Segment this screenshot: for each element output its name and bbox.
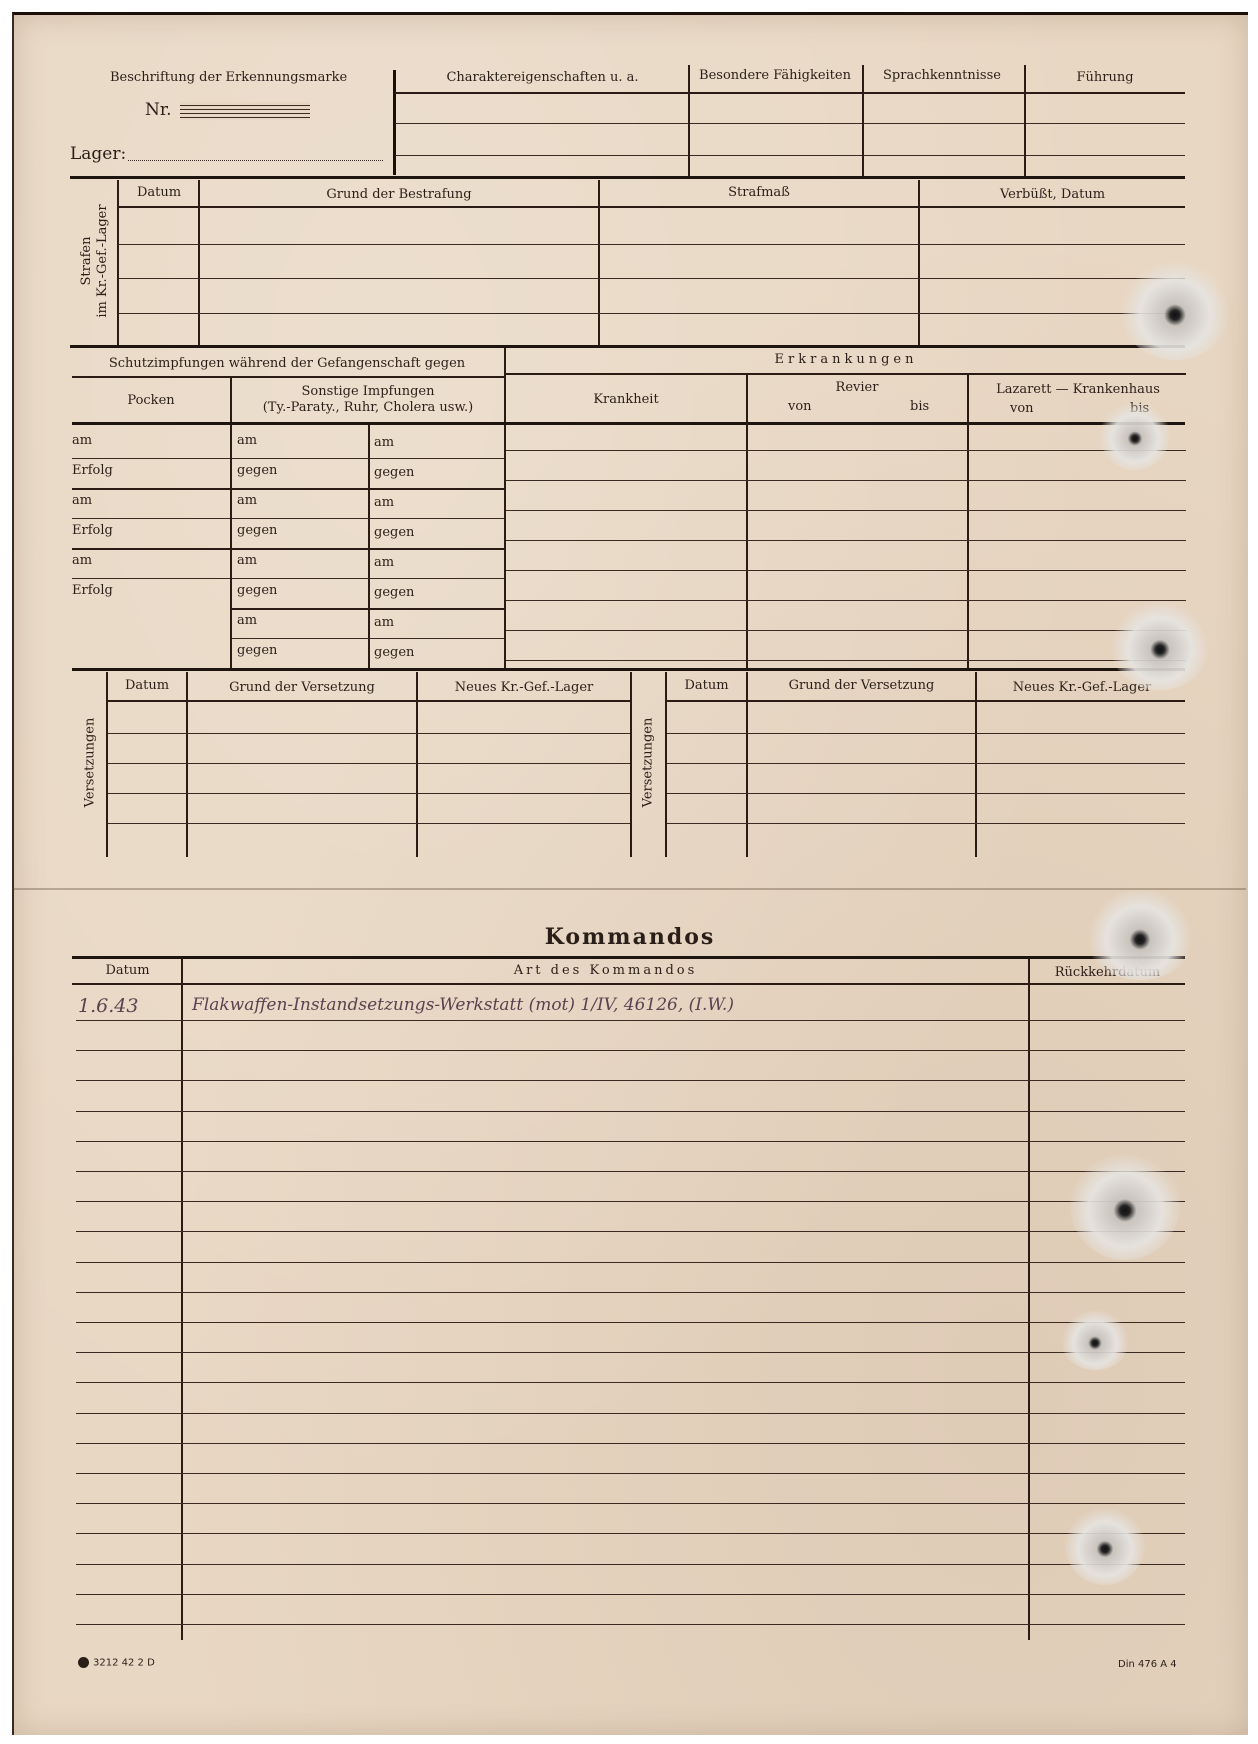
revier-bis: bis: [910, 399, 929, 414]
kommando-row[interactable]: [76, 1352, 1185, 1353]
kommando-entry-datum: 1.6.43: [78, 995, 138, 1017]
kommando-row[interactable]: [76, 1080, 1185, 1081]
sonstige-row-label-b: am: [374, 495, 394, 510]
kommando-row[interactable]: [76, 1503, 1185, 1504]
col-fuehrung: Führung: [1025, 70, 1185, 85]
hole-damage: [1065, 1505, 1145, 1585]
hole-damage: [1100, 400, 1170, 470]
lazarett-von: von: [1010, 401, 1034, 416]
col-sonstige-impfungen: Sonstige Impfungen(Ty.-Paraty., Ruhr, Ch…: [232, 384, 504, 416]
pocken-row-label: Erfolg: [72, 523, 113, 538]
kommando-row[interactable]: [76, 1473, 1185, 1474]
sonstige-row-label-a: am: [237, 613, 257, 628]
sonstige-row-label-a: am: [237, 553, 257, 568]
strafen-col-datum: Datum: [120, 185, 198, 200]
col-charakter: Charaktereigenschaften u. a.: [400, 70, 685, 85]
col-faehigkeiten: Besondere Fähigkeiten: [690, 68, 860, 83]
col-lazarett: Lazarett — Krankenhaus: [969, 382, 1187, 397]
kommando-row[interactable]: [76, 1443, 1185, 1444]
printer-mark-icon: [78, 1657, 89, 1668]
hole-damage: [1060, 1310, 1130, 1370]
sonstige-row-label-a: gegen: [237, 463, 277, 478]
kommando-row[interactable]: [76, 1171, 1185, 1172]
strafen-col-verbuesst: Verbüßt, Datum: [920, 187, 1185, 202]
sonstige-row-label-b: gegen: [374, 525, 414, 540]
hole-damage: [1070, 1150, 1180, 1260]
pocken-row-label: am: [72, 493, 92, 508]
sonstige-row-label-b: gegen: [374, 585, 414, 600]
erkennungsmarke-label: Beschriftung der Erkennungsmarke: [110, 70, 340, 85]
kommando-row[interactable]: [76, 1201, 1185, 1202]
sonstige-row-label-b: am: [374, 615, 394, 630]
strafen-side-label: Strafenim Kr.-Gef.-Lager: [79, 186, 111, 336]
kommandos-col-art: Art des Kommandos: [183, 963, 1028, 978]
kommando-row[interactable]: [76, 1594, 1185, 1595]
kommando-row[interactable]: [76, 1050, 1185, 1051]
strafen-col-grund: Grund der Bestrafung: [200, 187, 598, 202]
sonstige-row-label-a: am: [237, 433, 257, 448]
kommando-row[interactable]: [76, 1141, 1185, 1142]
kommando-row[interactable]: [76, 1624, 1185, 1625]
erkrankungen-title: Erkrankungen: [506, 352, 1186, 367]
vers-right-col-datum: Datum: [667, 678, 746, 693]
kommando-row[interactable]: [76, 1262, 1185, 1263]
nr-field[interactable]: [180, 102, 310, 120]
revier-von: von: [788, 399, 812, 414]
kommando-row[interactable]: [76, 1322, 1185, 1323]
pocken-row-label: am: [72, 433, 92, 448]
vers-left-col-grund: Grund der Versetzung: [188, 680, 416, 695]
sonstige-row-label-b: am: [374, 555, 394, 570]
lager-field[interactable]: [128, 160, 383, 161]
strafen-col-strafmass: Strafmaß: [600, 185, 918, 200]
col-sprachkenntnisse: Sprachkenntnisse: [862, 68, 1022, 83]
din-format: Din 476 A 4: [1118, 1659, 1177, 1670]
kommando-row[interactable]: [76, 1413, 1185, 1414]
kommando-row[interactable]: [76, 1292, 1185, 1293]
hole-damage: [1110, 600, 1210, 690]
lager-label: Lager:: [70, 144, 126, 164]
hole-damage: [1085, 890, 1195, 980]
col-krankheit: Krankheit: [506, 392, 746, 407]
vers-left-col-lager: Neues Kr.-Gef.-Lager: [418, 680, 630, 695]
kommando-row[interactable]: [76, 1231, 1185, 1232]
kommando-row[interactable]: [76, 1564, 1185, 1565]
col-revier: Revier: [748, 380, 966, 395]
sonstige-row-label-b: gegen: [374, 465, 414, 480]
pocken-row-label: Erfolg: [72, 463, 113, 478]
hole-damage: [1120, 260, 1230, 360]
kommando-row[interactable]: [76, 1020, 1185, 1021]
kommandos-col-datum: Datum: [74, 963, 181, 978]
nr-label: Nr.: [145, 100, 172, 120]
pocken-row-label: Erfolg: [72, 583, 113, 598]
versetzungen-side-label-left: Versetzungen: [83, 708, 98, 818]
kommando-row[interactable]: [76, 1382, 1185, 1383]
schutzimpfungen-title: Schutzimpfungen während der Gefangenscha…: [72, 356, 502, 371]
sonstige-row-label-a: am: [237, 493, 257, 508]
sonstige-row-label-a: gegen: [237, 523, 277, 538]
vers-right-col-grund: Grund der Versetzung: [748, 678, 975, 693]
vers-left-col-datum: Datum: [108, 678, 186, 693]
versetzungen-side-label-right: Versetzungen: [641, 708, 656, 818]
kommando-entry-art: Flakwaffen-Instandsetzungs-Werkstatt (mo…: [192, 995, 734, 1015]
sonstige-row-label-a: gegen: [237, 583, 277, 598]
fold-line: [12, 888, 1246, 890]
kommandos-title: Kommandos: [480, 924, 780, 950]
kommando-row[interactable]: [76, 1533, 1185, 1534]
form-number: 3212 42 2 D: [78, 1657, 155, 1669]
sonstige-row-label-a: gegen: [237, 643, 277, 658]
col-pocken: Pocken: [72, 393, 230, 408]
pocken-row-label: am: [72, 553, 92, 568]
sonstige-row-label-b: am: [374, 435, 394, 450]
sonstige-row-label-b: gegen: [374, 645, 414, 660]
kommando-row[interactable]: [76, 1111, 1185, 1112]
